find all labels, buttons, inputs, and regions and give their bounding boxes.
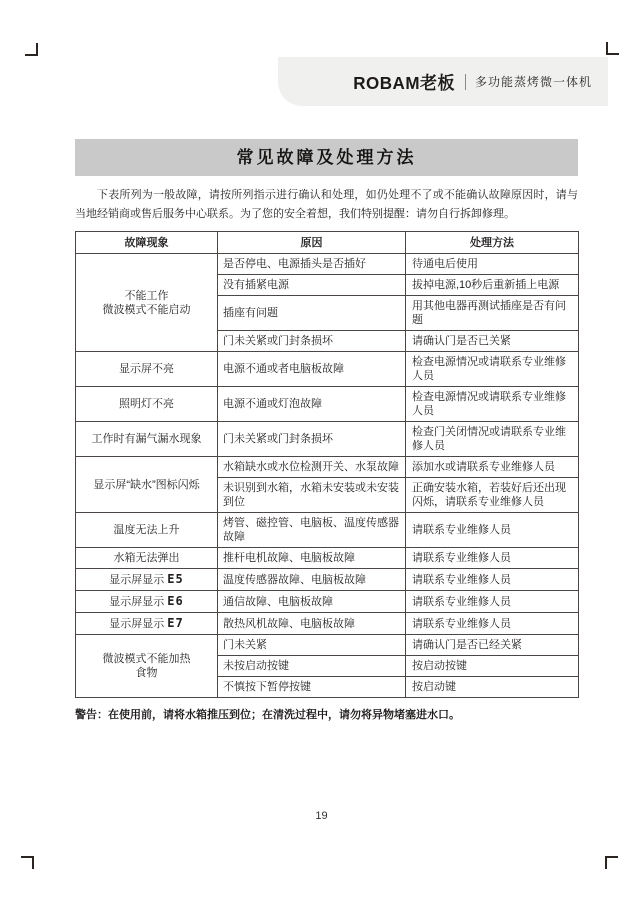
cause-cell: 推杆电机故障、电脑板故障 [218,548,406,569]
solution-cell: 请联系专业维修人员 [406,591,579,613]
cause-cell: 水箱缺水或水位检测开关、水泵故障 [218,457,406,478]
solution-cell: 请确认门是否已经关紧 [406,635,579,656]
cause-cell: 门未关紧或门封条损坏 [218,422,406,457]
column-header-symptom: 故障现象 [76,232,218,254]
table-row: 工作时有漏气漏水现象门未关紧或门封条损坏检查门关闭情况或请联系专业维修人员 [76,422,579,457]
cause-cell: 是否停电、电源插头是否插好 [218,254,406,275]
cause-cell: 不慎按下暂停按键 [218,677,406,698]
table-row: 显示屏“缺水”图标闪烁水箱缺水或水位检测开关、水泵故障添加水或请联系专业维修人员 [76,457,579,478]
table-row: 微波模式不能加热食物门未关紧请确认门是否已经关紧 [76,635,579,656]
cause-cell: 温度传感器故障、电脑板故障 [218,569,406,591]
cause-cell: 未识别到水箱，水箱未安装或未安装到位 [218,478,406,513]
header-band: ROBAM老板 多功能蒸烤微一体机 [278,57,608,106]
brand-divider [465,74,466,90]
table-row: 水箱无法弹出推杆电机故障、电脑板故障请联系专业维修人员 [76,548,579,569]
symptom-cell: 工作时有漏气漏水现象 [76,422,218,457]
cause-cell: 通信故障、电脑板故障 [218,591,406,613]
solution-cell: 正确安装水箱，若装好后还出现闪烁，请联系专业维修人员 [406,478,579,513]
cause-cell: 电源不通或灯泡故障 [218,387,406,422]
crop-mark-top-left-icon [25,43,38,56]
crop-mark-top-right-icon [606,42,619,55]
table-row: 温度无法上升烤管、磁控管、电脑板、温度传感器故障请联系专业维修人员 [76,513,579,548]
table-row: 显示屏显示 E6通信故障、电脑板故障请联系专业维修人员 [76,591,579,613]
solution-cell: 按启动键 [406,677,579,698]
column-header-solution: 处理方法 [406,232,579,254]
symptom-cell: 微波模式不能加热食物 [76,635,218,698]
solution-cell: 检查门关闭情况或请联系专业维修人员 [406,422,579,457]
solution-cell: 请联系专业维修人员 [406,513,579,548]
solution-cell: 请联系专业维修人员 [406,569,579,591]
cause-cell: 插座有问题 [218,296,406,331]
brand-logo: ROBAM老板 [353,69,455,95]
warning-text: 警告：在使用前，请将水箱推压到位；在清洗过程中，请勿将异物堵塞进水口。 [75,706,578,722]
cause-cell: 烤管、磁控管、电脑板、温度传感器故障 [218,513,406,548]
symptom-cell: 显示屏显示 E5 [76,569,218,591]
cause-cell: 未按启动按键 [218,656,406,677]
table-row: 照明灯不亮电源不通或灯泡故障检查电源情况或请联系专业维修人员 [76,387,579,422]
solution-cell: 按启动按键 [406,656,579,677]
page-content: 常见故障及处理方法 下表所列为一般故障，请按所列指示进行确认和处理，如仍处理不了… [75,139,578,722]
table-row: 显示屏不亮电源不通或者电脑板故障检查电源情况或请联系专业维修人员 [76,352,579,387]
cause-cell: 没有插紧电源 [218,275,406,296]
symptom-cell: 显示屏显示 E7 [76,613,218,635]
table-header-row: 故障现象 原因 处理方法 [76,232,579,254]
solution-cell: 拔掉电源,10秒后重新插上电源 [406,275,579,296]
error-code: E6 [167,594,183,608]
table-row: 显示屏显示 E5温度传感器故障、电脑板故障请联系专业维修人员 [76,569,579,591]
symptom-cell: 显示屏“缺水”图标闪烁 [76,457,218,513]
intro-paragraph: 下表所列为一般故障，请按所列指示进行确认和处理，如仍处理不了或不能确认故障原因时… [75,186,578,224]
error-code: E7 [167,616,183,630]
column-header-cause: 原因 [218,232,406,254]
cause-cell: 门未关紧或门封条损坏 [218,331,406,352]
symptom-cell: 显示屏显示 E6 [76,591,218,613]
page-number: 19 [0,810,643,822]
symptom-cell: 照明灯不亮 [76,387,218,422]
cause-cell: 电源不通或者电脑板故障 [218,352,406,387]
cause-cell: 门未关紧 [218,635,406,656]
symptom-cell: 显示屏不亮 [76,352,218,387]
section-title: 常见故障及处理方法 [75,139,578,176]
table-row: 不能工作微波模式不能启动是否停电、电源插头是否插好待通电后使用 [76,254,579,275]
symptom-cell: 温度无法上升 [76,513,218,548]
crop-mark-bottom-right-icon [605,856,618,869]
solution-cell: 添加水或请联系专业维修人员 [406,457,579,478]
solution-cell: 检查电源情况或请联系专业维修人员 [406,352,579,387]
solution-cell: 用其他电器再测试插座是否有问题 [406,296,579,331]
product-name: 多功能蒸烤微一体机 [475,73,592,90]
solution-cell: 待通电后使用 [406,254,579,275]
fault-table-body: 不能工作微波模式不能启动是否停电、电源插头是否插好待通电后使用没有插紧电源拔掉电… [76,254,579,698]
error-code: E5 [167,572,183,586]
solution-cell: 请确认门是否已关紧 [406,331,579,352]
fault-table: 故障现象 原因 处理方法 不能工作微波模式不能启动是否停电、电源插头是否插好待通… [75,231,579,698]
symptom-cell: 不能工作微波模式不能启动 [76,254,218,352]
table-row: 显示屏显示 E7散热风机故障、电脑板故障请联系专业维修人员 [76,613,579,635]
cause-cell: 散热风机故障、电脑板故障 [218,613,406,635]
symptom-cell: 水箱无法弹出 [76,548,218,569]
solution-cell: 请联系专业维修人员 [406,548,579,569]
crop-mark-bottom-left-icon [21,856,34,869]
solution-cell: 请联系专业维修人员 [406,613,579,635]
solution-cell: 检查电源情况或请联系专业维修人员 [406,387,579,422]
